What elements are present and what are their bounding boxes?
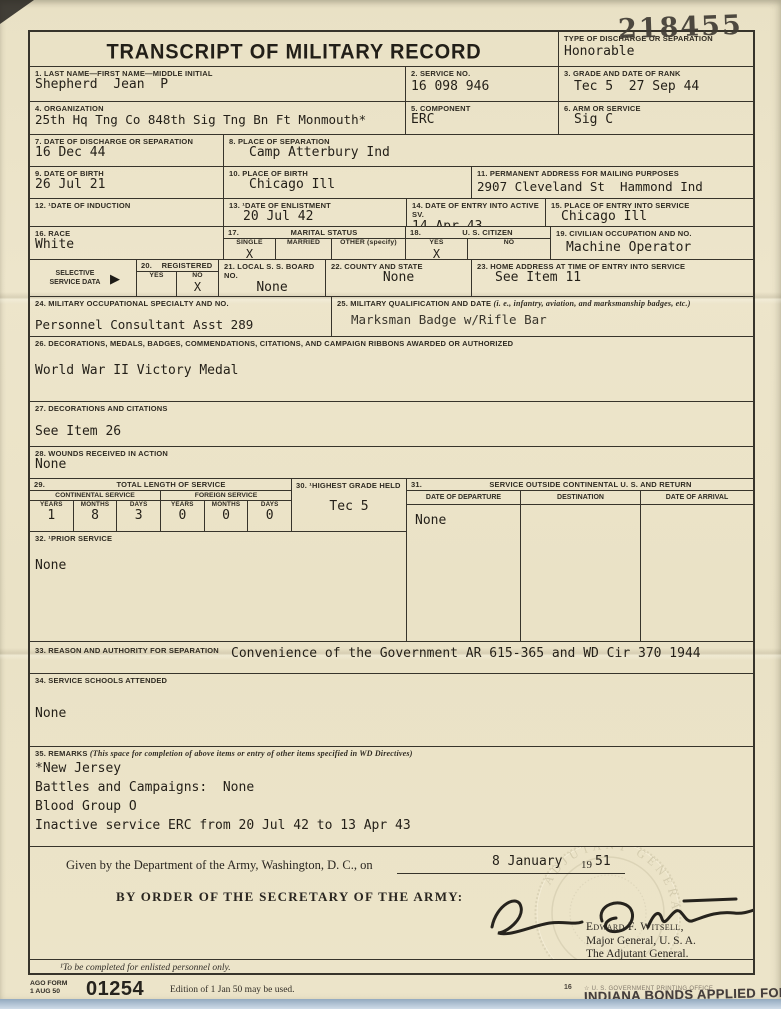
- form-title: TRANSCRIPT OF MILITARY RECORD: [35, 33, 553, 65]
- destination-col-header: DESTINATION: [521, 491, 641, 504]
- field-2-service-no: 2. SERVICE NO. 16 098 946: [406, 67, 559, 101]
- field-2-value: 16 098 946: [411, 80, 553, 95]
- field-26-label: 26. DECORATIONS, MEDALS, BADGES, COMMEND…: [35, 339, 748, 348]
- arrival-col-header: DATE OF ARRIVAL: [641, 491, 753, 504]
- registered-yes-label: YES: [137, 272, 176, 280]
- row-12-15: 12. ¹DATE OF INDUCTION 13. ¹DATE OF ENLI…: [30, 199, 753, 227]
- field-33-value: Convenience of the Government AR 615-365…: [231, 647, 701, 662]
- continental-months-value: 8: [74, 509, 117, 524]
- field-22-value: None: [331, 271, 466, 286]
- field-28-wounds: 28. WOUNDS RECEIVED IN ACTION None: [30, 447, 753, 478]
- field-14-active-service-date: 14. DATE OF ENTRY INTO ACTIVE SV. 14 Apr…: [407, 199, 546, 226]
- remarks-line-3: Blood Group O: [35, 800, 748, 815]
- foreign-months-value: 0: [205, 509, 248, 524]
- discharge-type-value: Honorable: [564, 45, 748, 60]
- selective-arrow-icon: ▶: [110, 272, 120, 285]
- form-title-cell: TRANSCRIPT OF MILITARY RECORD: [30, 32, 559, 66]
- row-35: 35. REMARKS (This space for completion o…: [30, 747, 753, 847]
- field-6-arm-service: 6. ARM OR SERVICE Sig C: [559, 102, 753, 134]
- field-31-number: 31.: [411, 480, 422, 489]
- marital-other-label: OTHER (specify): [332, 239, 405, 247]
- order-of-secretary-line: BY ORDER OF THE SECRETARY OF THE ARMY:: [116, 889, 463, 905]
- ago-form-block: AGO FORM 1 AUG 50: [30, 980, 67, 996]
- field-21-value: None: [224, 281, 320, 296]
- marital-other-cell: OTHER (specify): [332, 239, 405, 259]
- field-11-address: 11. PERMANENT ADDRESS FOR MAILING PURPOS…: [472, 167, 753, 198]
- scan-edge-strip: [0, 999, 781, 1009]
- marital-married-cell: MARRIED: [276, 239, 332, 259]
- date-line-rule: [397, 873, 625, 874]
- registered-no-cell: NO X: [177, 272, 218, 296]
- field-34-value: None: [35, 707, 748, 722]
- field-13-value: 20 Jul 42: [229, 210, 401, 225]
- citizen-no-label: NO: [468, 239, 550, 247]
- field-21-label: 21. LOCAL S. S. BOARD NO.: [224, 262, 320, 281]
- continental-service-header: CONTINENTAL SERVICE: [30, 491, 161, 500]
- field-25-qualification: 25. MILITARY QUALIFICATION AND DATE (i. …: [332, 297, 753, 336]
- row-27: 27. DECORATIONS AND CITATIONS See Item 2…: [30, 402, 753, 447]
- field-35-label-italic: (This space for completion of above item…: [90, 749, 413, 758]
- row-9-11: 9. DATE OF BIRTH 26 Jul 21 10. PLACE OF …: [30, 167, 753, 199]
- scanned-document-page: { "icons": { "selective_arrow": "▶", "pr…: [0, 0, 781, 1009]
- foreign-years-cell: YEARS0: [161, 501, 205, 531]
- field-18-us-citizen: 18. U. S. CITIZEN YES X NO: [406, 227, 551, 259]
- field-13-enlistment-date: 13. ¹DATE OF ENLISTMENT 20 Jul 42: [224, 199, 407, 226]
- page-number: 16: [564, 984, 572, 991]
- field-25-value: Marksman Badge w/Rifle Bar: [337, 313, 748, 327]
- field-5-value: ERC: [411, 113, 553, 128]
- departure-col-value-cell: None: [407, 505, 521, 641]
- row-1-3: 1. LAST NAME—FIRST NAME—MIDDLE INITIAL S…: [30, 67, 753, 102]
- row-29-32: 29. TOTAL LENGTH OF SERVICE CONTINENTAL …: [30, 479, 753, 642]
- signature-section: ADJUTANT GENERAL Given by the Department…: [30, 847, 753, 960]
- field-25-label-italic: (i. e., infantry, aviation, and marksman…: [494, 299, 691, 308]
- citizen-yes-checkbox: X: [406, 248, 467, 259]
- field-33-label: 33. REASON AND AUTHORITY FOR SEPARATION: [35, 644, 223, 655]
- continental-days-value: 3: [117, 509, 160, 524]
- marital-married-label: MARRIED: [276, 239, 331, 247]
- field-10-value: Chicago Ill: [229, 178, 466, 193]
- signer-rank: Major General, U. S. A.: [586, 935, 696, 949]
- remarks-line-2: Battles and Campaigns: None: [35, 781, 748, 796]
- marital-single-cell: SINGLE X: [224, 239, 276, 259]
- continental-years-cell: YEARS1: [30, 501, 74, 531]
- scan-corner-mark: [0, 0, 34, 24]
- ago-form-label: AGO FORM: [30, 980, 67, 988]
- registered-yes-cell: YES: [137, 272, 177, 296]
- field-25-label: 25. MILITARY QUALIFICATION AND DATE: [337, 299, 494, 308]
- field-4-value: 25th Hq Tng Co 848th Sig Tng Bn Ft Monmo…: [35, 113, 400, 127]
- field-27-citations: 27. DECORATIONS AND CITATIONS See Item 2…: [30, 402, 753, 446]
- field-3-grade: 3. GRADE AND DATE OF RANK Tec 5 27 Sep 4…: [559, 67, 753, 101]
- field-11-value: 2907 Cleveland St Hammond Ind: [477, 180, 748, 194]
- field-17-title: MARITAL STATUS: [247, 228, 401, 237]
- military-record-form: TRANSCRIPT OF MILITARY RECORD TYPE OF DI…: [28, 30, 755, 975]
- field-31-title: SERVICE OUTSIDE CONTINENTAL U. S. AND RE…: [432, 480, 749, 489]
- foreign-days-value: 0: [248, 509, 291, 524]
- field-26-decorations: 26. DECORATIONS, MEDALS, BADGES, COMMEND…: [30, 337, 753, 401]
- remarks-line-1: *New Jersey: [35, 762, 748, 777]
- field-3-label: 3. GRADE AND DATE OF RANK: [564, 69, 748, 78]
- signer-title: The Adjutant General.: [586, 948, 696, 959]
- continental-months-cell: MONTHS8: [74, 501, 118, 531]
- field-21-board-no: 21. LOCAL S. S. BOARD NO. None: [219, 260, 326, 296]
- given-by-line: Given by the Department of the Army, Was…: [66, 858, 373, 873]
- field-19-value: Machine Operator: [556, 241, 748, 256]
- field-20-title: REGISTERED: [160, 261, 214, 270]
- field-11-label: 11. PERMANENT ADDRESS FOR MAILING PURPOS…: [477, 169, 748, 178]
- field-30-label: 30. ¹HIGHEST GRADE HELD: [296, 481, 402, 490]
- field-14-label: 14. DATE OF ENTRY INTO ACTIVE SV.: [412, 201, 540, 220]
- field-32-prior-service: 32. ¹PRIOR SERVICE None: [30, 532, 406, 641]
- row-26: 26. DECORATIONS, MEDALS, BADGES, COMMEND…: [30, 337, 753, 402]
- field-1-value: Shepherd Jean P: [35, 78, 400, 93]
- field-24-specialty: 24. MILITARY OCCUPATIONAL SPECIALTY AND …: [30, 297, 332, 336]
- row-20-23: SELECTIVE SERVICE DATA ▶ 20. REGISTERED …: [30, 260, 753, 297]
- ago-form-date: 1 AUG 50: [30, 988, 67, 996]
- foreign-months-cell: MONTHS0: [205, 501, 249, 531]
- field-7-value: 16 Dec 44: [35, 146, 218, 161]
- field-27-value: See Item 26: [35, 425, 748, 440]
- destination-col-value-cell: [521, 505, 641, 641]
- edition-note: Edition of 1 Jan 50 may be used.: [170, 985, 295, 995]
- continental-days-cell: DAYS3: [117, 501, 161, 531]
- field-28-label: 28. WOUNDS RECEIVED IN ACTION: [35, 449, 748, 458]
- field-8-separation-place: 8. PLACE OF SEPARATION Camp Atterbury In…: [224, 135, 753, 166]
- foreign-days-cell: DAYS0: [248, 501, 291, 531]
- field-4-organization: 4. ORGANIZATION 25th Hq Tng Co 848th Sig…: [30, 102, 406, 134]
- year-prefix-printed: 19: [581, 859, 592, 871]
- foreign-years-value: 0: [161, 509, 204, 524]
- field-12-label: 12. ¹DATE OF INDUCTION: [35, 201, 218, 210]
- remarks-line-4: Inactive service ERC from 20 Jul 42 to 1…: [35, 819, 748, 834]
- row-4-6: 4. ORGANIZATION 25th Hq Tng Co 848th Sig…: [30, 102, 753, 135]
- field-22-county-state: 22. COUNTY AND STATE None: [326, 260, 472, 296]
- field-35-remarks: 35. REMARKS (This space for completion o…: [30, 747, 753, 846]
- field-18-number: 18.: [410, 228, 421, 237]
- selective-service-label: SELECTIVE SERVICE DATA: [46, 269, 104, 288]
- departure-col-header: DATE OF DEPARTURE: [407, 491, 521, 504]
- row-7-8: 7. DATE OF DISCHARGE OR SEPARATION 16 De…: [30, 135, 753, 167]
- field-34-label: 34. SERVICE SCHOOLS ATTENDED: [35, 676, 748, 685]
- field-6-value: Sig C: [564, 113, 748, 128]
- arrival-col-value-cell: [641, 505, 753, 641]
- departure-value: None: [415, 513, 446, 528]
- field-17-number: 17.: [228, 228, 239, 237]
- field-23-home-address: 23. HOME ADDRESS AT TIME OF ENTRY INTO S…: [472, 260, 753, 296]
- field-30-highest-grade: 30. ¹HIGHEST GRADE HELD Tec 5: [292, 479, 406, 531]
- registered-no-checkbox: X: [177, 281, 218, 293]
- field-34-service-schools: 34. SERVICE SCHOOLS ATTENDED None: [30, 674, 753, 746]
- row-28: 28. WOUNDS RECEIVED IN ACTION None: [30, 447, 753, 479]
- paper-background: 218455 TRANSCRIPT OF MILITARY RECORD TYP…: [0, 0, 781, 1000]
- row-33: 33. REASON AND AUTHORITY FOR SEPARATION …: [30, 642, 753, 674]
- field-10-birth-place: 10. PLACE OF BIRTH Chicago Ill: [224, 167, 472, 198]
- field-15-entry-place: 15. PLACE OF ENTRY INTO SERVICE Chicago …: [546, 199, 753, 226]
- continental-years-value: 1: [30, 509, 73, 524]
- field-9-value: 26 Jul 21: [35, 178, 218, 193]
- citizen-yes-cell: YES X: [406, 239, 468, 259]
- citizen-no-cell: NO: [468, 239, 550, 259]
- field-16-race: 16. RACE White: [30, 227, 224, 259]
- form-number: 01254: [86, 978, 144, 1001]
- year-typed: 51: [595, 855, 611, 870]
- field-17-marital-status: 17. MARITAL STATUS SINGLE X MARRIED: [224, 227, 406, 259]
- field-14-value: 14 Apr 43: [412, 220, 540, 226]
- field-5-component: 5. COMPONENT ERC: [406, 102, 559, 134]
- field-23-value: See Item 11: [477, 271, 748, 286]
- field-29-title: TOTAL LENGTH OF SERVICE: [55, 480, 287, 489]
- field-18-title: U. S. CITIZEN: [429, 228, 546, 237]
- field-20-number: 20.: [141, 261, 152, 270]
- row-24-25: 24. MILITARY OCCUPATIONAL SPECIALTY AND …: [30, 297, 753, 337]
- signer-block: Edward F. Witsell, Major General, U. S. …: [586, 921, 696, 959]
- field-30-value: Tec 5: [296, 500, 402, 515]
- field-7-discharge-date: 7. DATE OF DISCHARGE OR SEPARATION 16 De…: [30, 135, 224, 166]
- field-19-label: 19. CIVILIAN OCCUPATION AND NO.: [556, 229, 748, 238]
- field-12-induction-date: 12. ¹DATE OF INDUCTION: [30, 199, 224, 226]
- field-29-number: 29.: [34, 480, 45, 489]
- foreign-service-header: FOREIGN SERVICE: [161, 491, 291, 500]
- selective-service-cell: SELECTIVE SERVICE DATA ▶: [30, 260, 137, 296]
- serial-number-stamp: 218455: [617, 10, 743, 45]
- field-20-registered: 20. REGISTERED YES NO X: [137, 260, 219, 296]
- field-28-value: None: [35, 458, 748, 473]
- field-31-overseas-service: 31. SERVICE OUTSIDE CONTINENTAL U. S. AN…: [407, 479, 753, 641]
- field-3-value: Tec 5 27 Sep 44: [564, 80, 748, 95]
- field-2-label: 2. SERVICE NO.: [411, 69, 553, 78]
- field-19-occupation: 19. CIVILIAN OCCUPATION AND NO. Machine …: [551, 227, 753, 259]
- left-service-block: 29. TOTAL LENGTH OF SERVICE CONTINENTAL …: [30, 479, 407, 641]
- field-29-length-of-service: 29. TOTAL LENGTH OF SERVICE CONTINENTAL …: [30, 479, 292, 531]
- field-8-value: Camp Atterbury Ind: [229, 146, 748, 161]
- field-15-value: Chicago Ill: [551, 210, 748, 225]
- field-9-birth-date: 9. DATE OF BIRTH 26 Jul 21: [30, 167, 224, 198]
- field-32-value: None: [35, 559, 401, 574]
- signer-name: Edward F. Witsell,: [586, 921, 696, 935]
- field-32-label: 32. ¹PRIOR SERVICE: [35, 534, 401, 543]
- field-35-label: 35. REMARKS: [35, 749, 90, 758]
- row-16-19: 16. RACE White 17. MARITAL STATUS SINGLE…: [30, 227, 753, 260]
- field-24-label: 24. MILITARY OCCUPATIONAL SPECIALTY AND …: [35, 299, 326, 308]
- field-24-value: Personnel Consultant Asst 289: [35, 318, 326, 332]
- given-date-typed: 8 January: [492, 855, 562, 870]
- footnote-text: ¹To be completed for enlisted personnel …: [60, 963, 231, 977]
- field-33-separation-reason: 33. REASON AND AUTHORITY FOR SEPARATION …: [30, 642, 753, 664]
- field-16-value: White: [35, 238, 218, 253]
- row-34: 34. SERVICE SCHOOLS ATTENDED None: [30, 674, 753, 747]
- field-27-label: 27. DECORATIONS AND CITATIONS: [35, 404, 748, 413]
- field-26-value: World War II Victory Medal: [35, 364, 748, 379]
- footnote-row: ¹To be completed for enlisted personnel …: [30, 960, 753, 977]
- marital-single-checkbox: X: [224, 248, 275, 259]
- field-1-name: 1. LAST NAME—FIRST NAME—MIDDLE INITIAL S…: [30, 67, 406, 101]
